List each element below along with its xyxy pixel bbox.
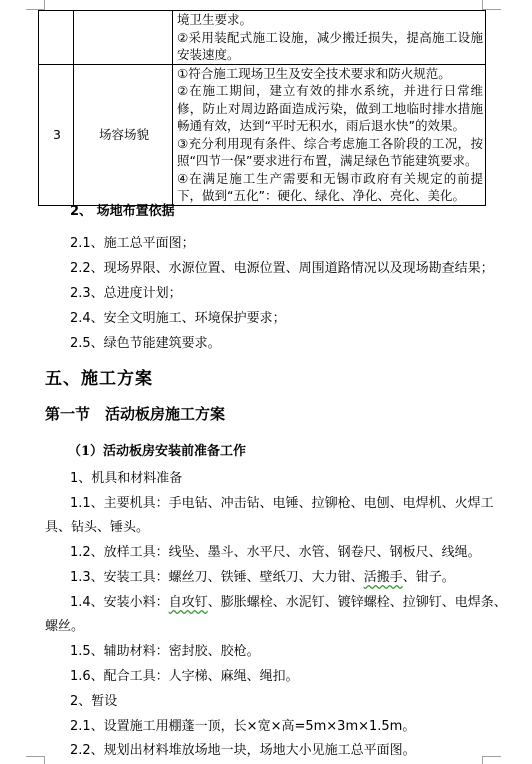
description-line: ③充分利用现有条件、综合考虑施工各阶段的工况，按照“四节一保”要求进行布置，满足…	[177, 135, 483, 170]
part-heading: 1、机具和材料准备	[70, 467, 182, 486]
section-title: 第一节 活动板房施工方案	[45, 403, 225, 424]
section-heading: 2、 场地布置依据	[70, 200, 175, 219]
list-item: 1.2、放样工具：线坠、墨斗、水平尺、水管、钢卷尺、钢板尺、线绳。	[70, 541, 481, 560]
chapter-title: 五、施工方案	[45, 364, 153, 389]
list-item: 1.6、配合工具：人字梯、麻绳、绳扣。	[70, 665, 299, 684]
subsection-title: （1）活动板房安装前准备工作	[68, 440, 246, 459]
list-item: 2.2、现场界限、水源位置、电源位置、周围道路情况以及现场勘查结果；	[70, 257, 494, 276]
table-cell-description: ①符合施工现场卫生及安全技术要求和防火规范。 ②在施工期间，建立有效的排水系统，…	[173, 64, 486, 205]
list-item: 2.2、规划出材料堆放场地一块，场地大小见施工总平面图。	[70, 739, 416, 758]
description-line: ④在满足施工生产需要和无锡市政府有关规定的前提下，做到“五化”：硬化、绿化、净化…	[177, 170, 483, 205]
list-item: 2.1、设置施工用棚蓬一顶，长×宽×高=5m×3m×1.5m。	[70, 715, 415, 734]
list-item: 1.3、安装工具：螺丝刀、铁锤、壁纸刀、大力钳、活搬手、钳子。	[70, 566, 455, 585]
list-item-text: 1.3、安装工具：螺丝刀、铁锤、壁纸刀、大力钳、	[70, 570, 364, 585]
page-corner-mark-top-right	[482, 0, 501, 10]
list-item: 1.4、安装小料：自攻钉、膨胀螺栓、水泥钉、镀锌螺栓、拉铆钉、电焊条、	[70, 591, 507, 610]
page-corner-mark-top-left	[26, 0, 45, 10]
part-heading: 2、暂设	[70, 690, 117, 709]
page-corner-mark-bottom-right	[482, 756, 501, 764]
list-item: 2.5、绿色节能建筑要求。	[70, 332, 221, 351]
list-item: 2.4、安全文明施工、环境保护要求；	[70, 307, 286, 326]
list-item: 1.5、辅助材料：密封胶、胶枪。	[70, 640, 260, 659]
table-cell-number	[39, 11, 74, 65]
description-line: ②在施工期间，建立有效的排水系统，并进行日常维修，防止对周边路面造成污染，做到工…	[177, 82, 483, 135]
table-cell-name	[74, 11, 173, 65]
table-cell-number: 3	[39, 64, 74, 205]
list-item-text: 1.4、安装小料：	[70, 595, 169, 610]
description-line: 境卫生要求。	[177, 11, 483, 29]
list-item-text: 、膨胀螺栓、水泥钉、镀锌螺栓、拉铆钉、电焊条、	[208, 595, 507, 610]
list-item-text: 、钳子。	[403, 570, 455, 585]
list-item: 2.3、总进度计划；	[70, 282, 182, 301]
page-corner-mark-bottom-left	[26, 756, 45, 764]
table-row: 3 场容场貌 ①符合施工现场卫生及安全技术要求和防火规范。 ②在施工期间，建立有…	[39, 64, 486, 205]
table-cell-name: 场容场貌	[74, 64, 173, 205]
spellcheck-flagged-word[interactable]: 自攻钉	[169, 595, 208, 610]
list-item-continuation: 具、钻头、锤头。	[45, 516, 149, 535]
list-item: 2.1、施工总平面图；	[70, 232, 195, 251]
site-layout-table: 境卫生要求。 ②采用装配式施工设施，减少搬迁损失，提高施工设施安装速度。 3 场…	[38, 10, 486, 206]
table-cell-description: 境卫生要求。 ②采用装配式施工设施，减少搬迁损失，提高施工设施安装速度。	[173, 11, 486, 65]
list-item: 1.1、主要机具：手电钻、冲击钻、电锤、拉铆枪、电刨、电焊机、火焊工	[70, 492, 494, 511]
table-row: 境卫生要求。 ②采用装配式施工设施，减少搬迁损失，提高施工设施安装速度。	[39, 11, 486, 65]
description-line: ①符合施工现场卫生及安全技术要求和防火规范。	[177, 65, 483, 83]
description-line: ②采用装配式施工设施，减少搬迁损失，提高施工设施安装速度。	[177, 29, 483, 64]
list-item-continuation: 螺丝。	[45, 615, 84, 634]
spellcheck-flagged-word[interactable]: 活搬手	[364, 570, 403, 585]
